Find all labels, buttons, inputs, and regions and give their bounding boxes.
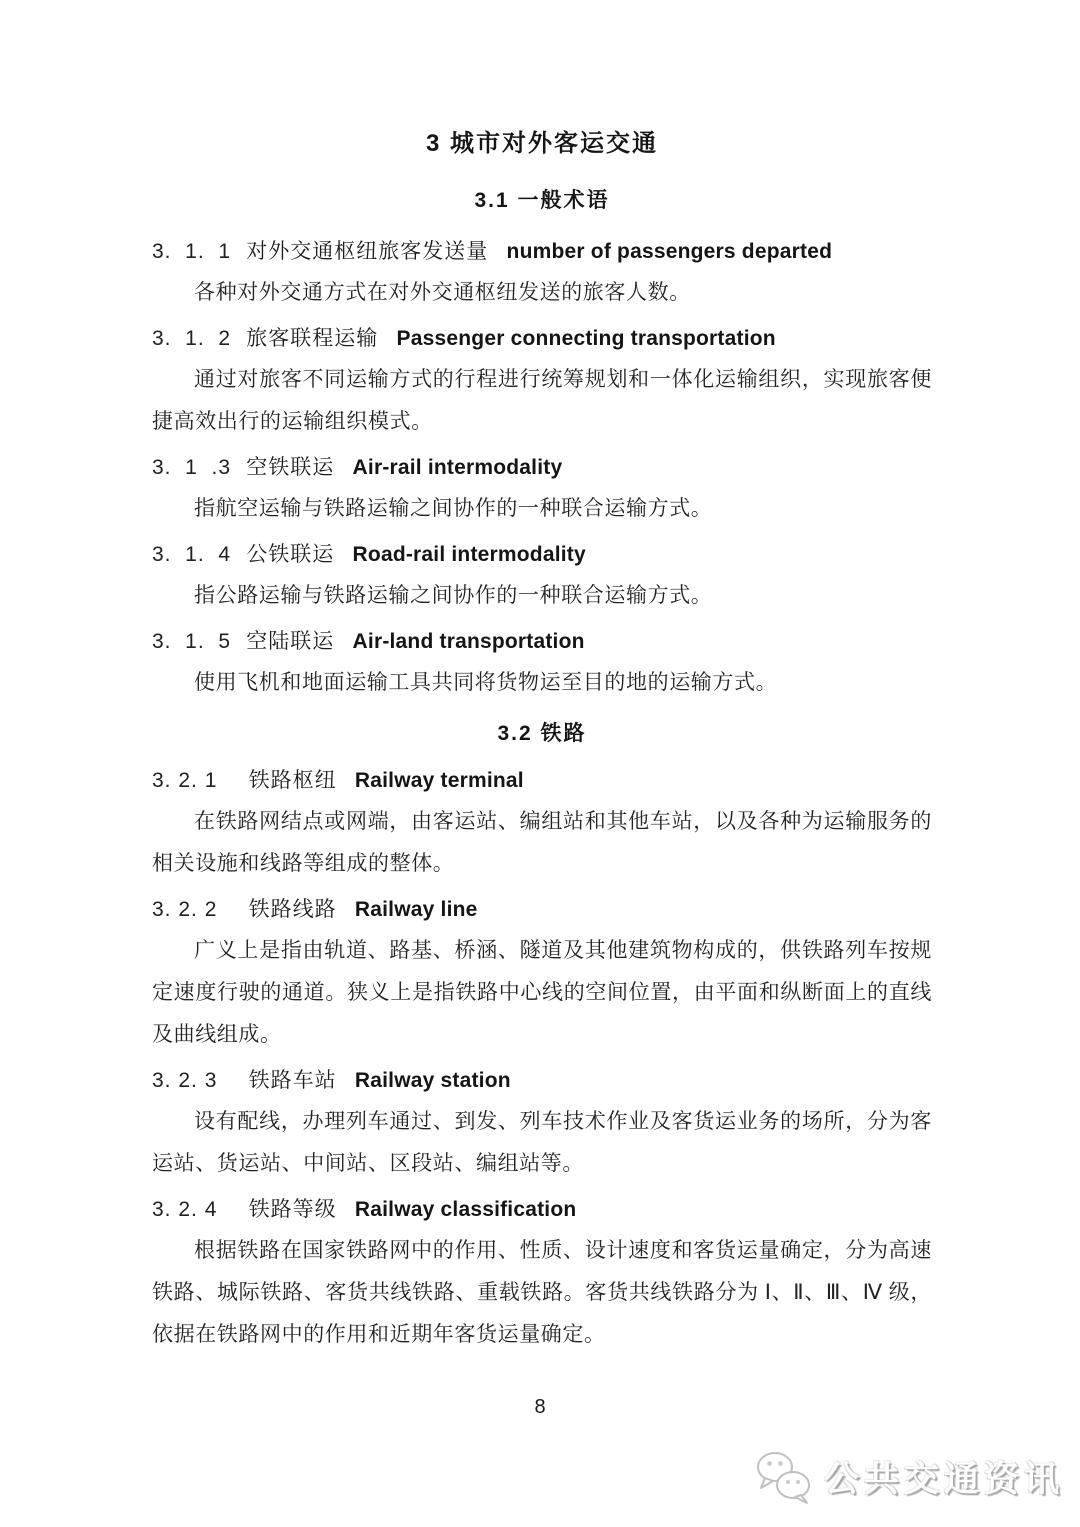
term-definition-3-1-1: 各种对外交通方式在对外交通枢纽发送的旅客人数。 <box>152 271 932 313</box>
term-definition-3-2-1: 在铁路网结点或网端，由客运站、编组站和其他车站，以及各种为运输服务的相关设施和线… <box>152 800 932 884</box>
term-heading-3-2-2: 3. 2. 2 铁路线路 Railway line <box>152 894 932 925</box>
watermark-text: 公共交通资讯 <box>824 1452 1064 1502</box>
term-number: 3. 2. 3 <box>152 1069 217 1092</box>
term-chinese: 对外交通枢纽旅客发送量 <box>246 239 488 263</box>
wechat-watermark: 公共交通资讯 <box>754 1448 1064 1506</box>
term-chinese: 铁路枢纽 <box>249 768 337 792</box>
term-chinese: 铁路等级 <box>249 1197 337 1221</box>
term-number: 3. 2. 1 <box>152 769 217 792</box>
section-3-1: 3. 1. 1 对外交通枢纽旅客发送量 number of passengers… <box>152 236 932 703</box>
term-english: Road-rail intermodality <box>353 543 586 566</box>
term-definition-3-1-4: 指公路运输与铁路运输之间协作的一种联合运输方式。 <box>152 574 932 616</box>
term-english: Railway terminal <box>355 769 524 792</box>
term-chinese: 公铁联运 <box>246 542 334 566</box>
term-number: 3. 2. 2 <box>152 898 217 921</box>
term-english: Railway line <box>355 898 478 921</box>
page-number: 8 <box>0 1396 1080 1419</box>
document-page: 3 城市对外客运交通 3.1 一般术语 3. 1. 1 对外交通枢纽旅客发送量 … <box>0 0 1080 1527</box>
term-heading-3-2-1: 3. 2. 1 铁路枢纽 Railway terminal <box>152 765 932 796</box>
term-definition-3-2-3: 设有配线，办理列车通过、到发、列车技术作业及客货运业务的场所，分为客运站、货运站… <box>152 1100 932 1184</box>
page-title: 3 城市对外客运交通 <box>152 128 932 160</box>
term-english: Passenger connecting transportation <box>397 327 776 350</box>
term-number: 3. 1. 4 <box>152 543 231 566</box>
term-heading-3-1-3: 3. 1 .3 空铁联运 Air-rail intermodality <box>152 452 932 483</box>
term-heading-3-1-1: 3. 1. 1 对外交通枢纽旅客发送量 number of passengers… <box>152 236 932 267</box>
term-chinese: 铁路线路 <box>249 897 337 921</box>
term-english: Railway classification <box>355 1198 577 1221</box>
term-chinese: 旅客联程运输 <box>246 326 378 350</box>
section-heading-3-2: 3.2 铁路 <box>152 719 932 749</box>
term-english: Railway station <box>355 1069 511 1092</box>
term-english: number of passengers departed <box>507 240 833 263</box>
term-heading-3-2-3: 3. 2. 3 铁路车站 Railway station <box>152 1065 932 1096</box>
term-heading-3-1-4: 3. 1. 4 公铁联运 Road-rail intermodality <box>152 539 932 570</box>
term-definition-3-1-2: 通过对旅客不同运输方式的行程进行统筹规划和一体化运输组织，实现旅客便捷高效出行的… <box>152 358 932 442</box>
term-heading-3-1-2: 3. 1. 2 旅客联程运输 Passenger connecting tran… <box>152 323 932 354</box>
term-number: 3. 1. 2 <box>152 327 231 350</box>
wechat-icon <box>754 1448 814 1506</box>
term-definition-3-1-5: 使用飞机和地面运输工具共同将货物运至目的地的运输方式。 <box>152 661 932 703</box>
term-heading-3-2-4: 3. 2. 4 铁路等级 Railway classification <box>152 1194 932 1225</box>
term-heading-3-1-5: 3. 1. 5 空陆联运 Air-land transportation <box>152 626 932 657</box>
term-definition-3-2-2: 广义上是指由轨道、路基、桥涵、隧道及其他建筑物构成的，供铁路列车按规定速度行驶的… <box>152 929 932 1055</box>
term-definition-3-1-3: 指航空运输与铁路运输之间协作的一种联合运输方式。 <box>152 487 932 529</box>
term-definition-3-2-4: 根据铁路在国家铁路网中的作用、性质、设计速度和客货运量确定，分为高速铁路、城际铁… <box>152 1229 932 1355</box>
term-chinese: 空铁联运 <box>246 455 334 479</box>
term-number: 3. 1. 1 <box>152 240 231 263</box>
term-number: 3. 2. 4 <box>152 1198 217 1221</box>
term-chinese: 铁路车站 <box>249 1068 337 1092</box>
term-english: Air-rail intermodality <box>353 456 563 479</box>
section-heading-3-1: 3.1 一般术语 <box>152 186 932 216</box>
page-content: 3 城市对外客运交通 3.1 一般术语 3. 1. 1 对外交通枢纽旅客发送量 … <box>0 0 1080 1355</box>
term-number: 3. 1. 5 <box>152 630 231 653</box>
term-chinese: 空陆联运 <box>246 629 334 653</box>
section-3-2: 3. 2. 1 铁路枢纽 Railway terminal 在铁路网结点或网端，… <box>152 765 932 1355</box>
term-number: 3. 1 .3 <box>152 456 231 479</box>
term-english: Air-land transportation <box>353 630 585 653</box>
